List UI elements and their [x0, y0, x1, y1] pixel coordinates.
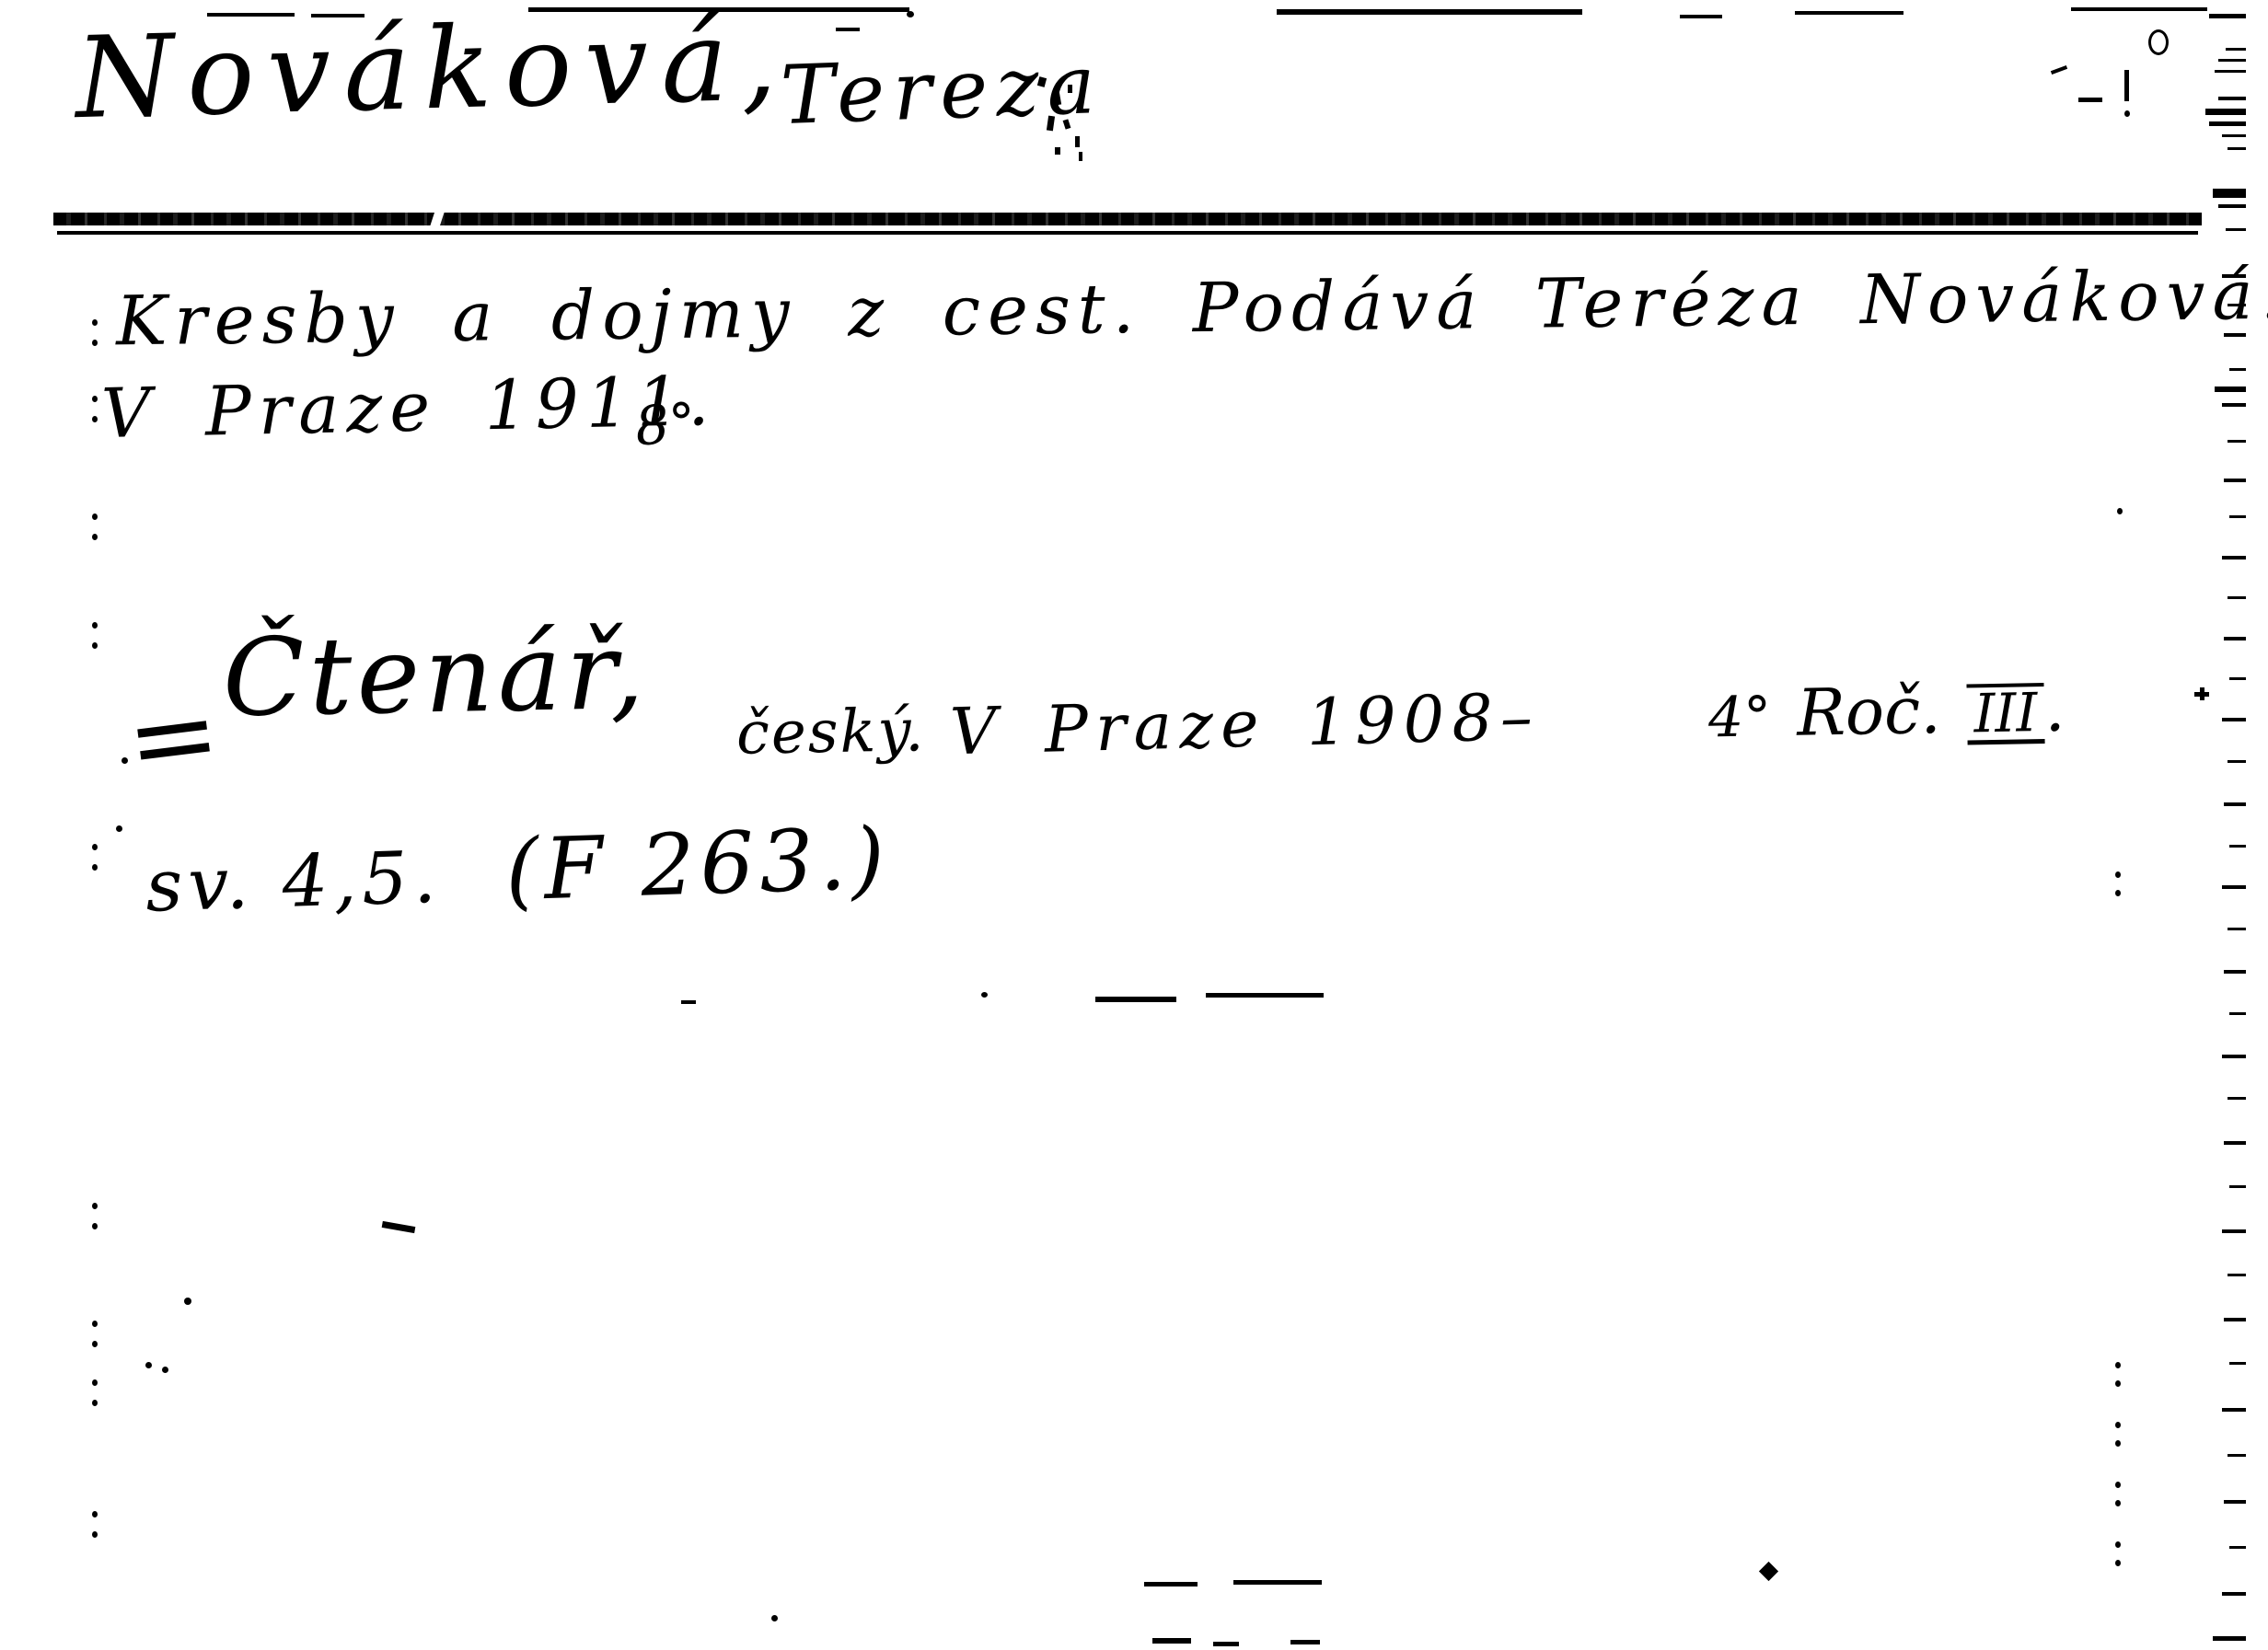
scan-artifact	[2222, 274, 2246, 278]
scan-artifact	[2115, 1482, 2121, 1488]
scan-artifact	[2222, 1408, 2246, 1412]
entry2-volume-label: Roč.	[1797, 678, 1942, 745]
scan-artifact	[1095, 997, 1176, 1002]
entry1-format-mark: 8°	[633, 395, 699, 454]
scan-artifact	[2117, 508, 2123, 514]
scan-artifact	[2224, 1141, 2246, 1145]
scan-artifact	[2229, 1362, 2246, 1365]
scan-artifact	[92, 513, 98, 520]
scan-artifact	[681, 1000, 696, 1004]
scan-artifact	[2227, 1454, 2246, 1457]
scan-artifact	[2218, 59, 2246, 62]
entry2-parts: sv. 4,5.	[145, 842, 443, 923]
scan-artifact	[92, 1223, 98, 1229]
scan-artifact	[2071, 7, 2207, 11]
scan-artifact	[2229, 368, 2246, 371]
scan-artifact	[2222, 1592, 2246, 1596]
entry1-title-statement: Kresby a dojmy z cest. Podává Teréza Nov…	[116, 261, 2268, 356]
heading-rule-underline	[57, 231, 2198, 235]
scan-artifact	[2227, 1274, 2246, 1276]
scan-artifact	[1144, 1582, 1198, 1587]
scan-artifact	[1680, 15, 1722, 18]
scan-artifact	[2229, 1546, 2246, 1549]
roman-numeral: III	[1966, 683, 2045, 745]
entry2-shelfmark: (F 263.)	[504, 816, 891, 913]
scan-artifact	[1206, 993, 1324, 998]
scan-artifact	[2209, 14, 2246, 18]
scan-artifact	[2224, 333, 2246, 337]
author-surname: Nováková,	[75, 4, 792, 134]
scan-artifact	[1290, 1640, 1320, 1644]
scan-artifact	[2227, 440, 2246, 443]
scan-artifact	[1759, 1562, 1778, 1581]
scan-artifact-ring	[2148, 29, 2169, 55]
scan-artifact	[2200, 687, 2204, 700]
scan-artifact	[207, 13, 295, 17]
scan-artifact	[2222, 718, 2246, 721]
entry2-series-title: Čtenář,	[222, 618, 649, 733]
scan-artifact	[2227, 147, 2246, 150]
scan-artifact	[2224, 1318, 2246, 1321]
scan-artifact	[92, 622, 98, 629]
scan-artifact	[2115, 890, 2121, 896]
scan-artifact	[2115, 1560, 2121, 1566]
scan-artifact	[2222, 403, 2246, 407]
scan-artifact	[2224, 970, 2246, 974]
scan-artifact	[92, 1321, 98, 1327]
scan-artifact	[2115, 1362, 2121, 1368]
scan-artifact	[2224, 1500, 2246, 1504]
scan-artifact	[311, 14, 364, 17]
scan-artifact	[2215, 387, 2246, 392]
scan-artifact	[2227, 928, 2246, 930]
scan-artifact	[2229, 677, 2246, 680]
scan-artifact	[382, 1221, 416, 1233]
volume-period: .	[2043, 671, 2065, 746]
scan-artifact	[2227, 760, 2246, 763]
scan-artifact	[1055, 147, 1060, 155]
entry2-volume-number: III.	[1966, 676, 2065, 745]
scan-artifact	[2218, 97, 2246, 100]
scan-artifact	[2222, 885, 2246, 889]
scan-artifact	[184, 1298, 191, 1305]
entry2-series-subtitle: český.	[735, 701, 925, 764]
scan-artifact	[92, 642, 98, 649]
scan-artifact	[2115, 1541, 2121, 1548]
scan-artifact	[907, 11, 914, 17]
scan-artifact	[2115, 1380, 2121, 1387]
scan-artifact	[2213, 189, 2246, 198]
scan-artifact	[1152, 1638, 1191, 1644]
scan-artifact	[92, 396, 98, 402]
scan-artifact	[1213, 1642, 1239, 1646]
scan-artifact	[1075, 136, 1080, 147]
scan-artifact	[92, 844, 98, 850]
scan-artifact	[145, 1362, 152, 1368]
scan-artifact	[2205, 109, 2246, 115]
scan-artifact	[2115, 1422, 2121, 1428]
scan-artifact	[2227, 304, 2246, 306]
scan-artifact	[2224, 802, 2246, 806]
scan-artifact	[2078, 98, 2102, 102]
scan-artifact	[2222, 556, 2246, 560]
scan-artifact	[2222, 1055, 2246, 1058]
scan-artifact	[2115, 871, 2121, 878]
entry2-repeat-marker: =	[121, 677, 226, 798]
scan-artifact	[92, 1203, 98, 1209]
scan-artifact	[981, 992, 988, 998]
entry2-volume-statement: 4° Roč. III.	[1707, 676, 2065, 750]
scan-artifact	[92, 416, 98, 422]
scan-artifact	[92, 319, 98, 326]
scan-artifact	[2224, 637, 2246, 640]
scan-artifact	[2222, 134, 2246, 137]
scan-artifact	[1079, 152, 1082, 161]
catalog-card: Nováková, Tereza Kresby a dojmy z cest. …	[0, 0, 2268, 1650]
heading-rule	[53, 213, 2202, 225]
scan-artifact	[2218, 204, 2246, 208]
scan-artifact	[2224, 479, 2246, 482]
scan-artifact	[2115, 1440, 2121, 1447]
scan-artifact	[92, 1379, 98, 1386]
scan-artifact	[2226, 48, 2246, 51]
scan-artifact	[2051, 65, 2067, 75]
entry2-parts-line: sv. 4,5. (F 263.)	[145, 816, 891, 924]
scan-artifact	[2124, 110, 2130, 117]
author-forename: Tereza	[780, 44, 1105, 136]
scan-artifact	[121, 757, 128, 764]
entry2-format-mark: 4°	[1708, 689, 1772, 745]
scan-artifact	[92, 1400, 98, 1406]
scan-artifact	[1233, 1580, 1322, 1585]
scan-artifact	[2222, 1229, 2246, 1233]
scan-artifact	[92, 1531, 98, 1538]
scan-artifact	[1795, 11, 1903, 15]
scan-artifact	[2229, 1185, 2246, 1188]
scan-artifact	[116, 825, 122, 832]
scan-artifact	[2124, 70, 2129, 101]
scan-artifact	[1277, 9, 1582, 15]
scan-artifact	[2229, 845, 2246, 848]
scan-artifact	[2213, 1636, 2246, 1641]
scan-artifact	[2209, 121, 2246, 126]
scan-artifact	[836, 28, 860, 31]
scan-artifact	[2226, 228, 2246, 231]
scan-artifact	[2229, 515, 2246, 518]
scan-artifact	[2229, 1012, 2246, 1015]
scan-artifact	[92, 340, 98, 346]
scan-artifact	[528, 7, 909, 12]
scan-artifact	[771, 1615, 778, 1621]
scan-artifact	[2227, 1097, 2246, 1100]
scan-artifact	[2215, 70, 2246, 73]
scan-artifact	[2115, 1500, 2121, 1506]
entry2-imprint: V Praze 1908–	[949, 685, 1540, 765]
scan-artifact	[92, 864, 98, 871]
entry1-imprint: V Praze 1911.	[100, 367, 717, 448]
scan-artifact	[1068, 85, 1072, 93]
scan-artifact	[2227, 596, 2246, 599]
scan-artifact	[162, 1367, 168, 1373]
scan-artifact	[92, 534, 98, 540]
scan-artifact	[92, 1511, 98, 1517]
scan-artifact	[92, 1341, 98, 1347]
